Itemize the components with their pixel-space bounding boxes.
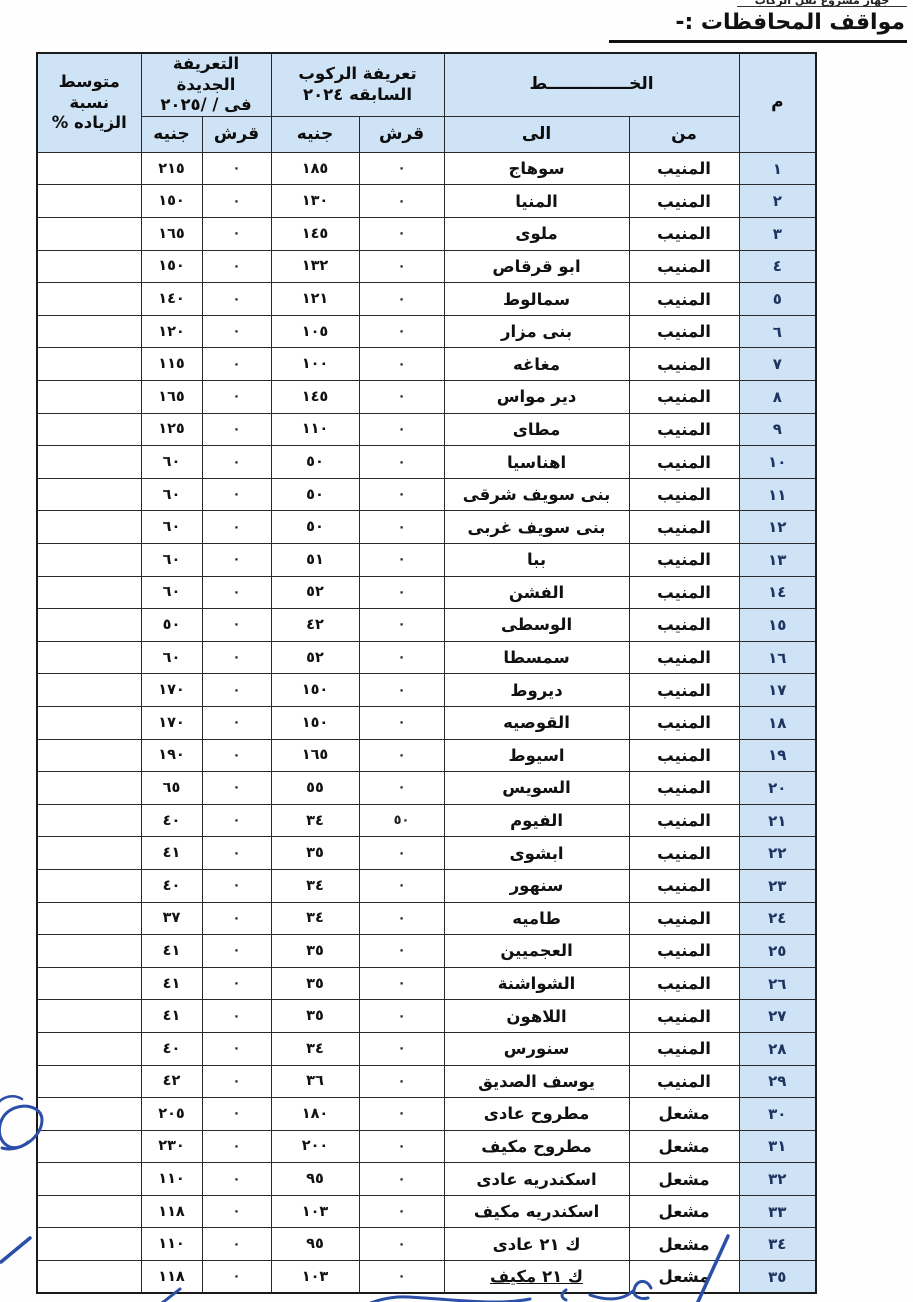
cell-increase (37, 837, 141, 870)
cell-prev-genih: ١٦٥ (271, 739, 359, 772)
cell-prev-qirsh: ٠ (359, 478, 444, 511)
cell-increase (37, 1130, 141, 1163)
cell-new-genih: ٢١٥ (141, 152, 202, 185)
cell-from: المنيب (629, 478, 739, 511)
cell-to: ديروط (444, 674, 629, 707)
cell-prev-genih: ٣٥ (271, 1000, 359, 1033)
cell-prev-genih: ١٨٠ (271, 1098, 359, 1131)
cell-from: مشعل (629, 1098, 739, 1131)
cell-new-qirsh: ٠ (202, 250, 271, 283)
cell-prev-genih: ٣٤ (271, 902, 359, 935)
cell-from: مشعل (629, 1228, 739, 1261)
header-from: من (629, 116, 739, 152)
table-row: ٨ المنيب دير مواس ٠ ١٤٥ ٠ ١٦٥ (37, 381, 816, 414)
cell-increase (37, 641, 141, 674)
cell-increase (37, 804, 141, 837)
cell-new-genih: ٤١ (141, 837, 202, 870)
cell-new-qirsh: ٠ (202, 413, 271, 446)
cell-prev-genih: ١٠٣ (271, 1261, 359, 1294)
cell-increase (37, 152, 141, 185)
cell-increase (37, 511, 141, 544)
cell-increase (37, 1195, 141, 1228)
cell-increase (37, 446, 141, 479)
cell-new-qirsh: ٠ (202, 1228, 271, 1261)
cell-increase (37, 283, 141, 316)
cell-to: ك ٢١ مكيف (444, 1261, 629, 1294)
fare-table: م الخــــــــــــــط تعريفة الركوب الساب… (36, 52, 817, 1294)
cell-new-genih: ٤٠ (141, 869, 202, 902)
cell-increase (37, 1261, 141, 1294)
cell-new-genih: ١٧٠ (141, 674, 202, 707)
cell-prev-genih: ٥٥ (271, 772, 359, 805)
cell-row-number: ٣١ (739, 1130, 816, 1163)
cell-increase (37, 902, 141, 935)
cell-from: مشعل (629, 1130, 739, 1163)
cell-new-genih: ٦٠ (141, 576, 202, 609)
table-row: ١١ المنيب بنى سويف شرقى ٠ ٥٠ ٠ ٦٠ (37, 478, 816, 511)
cell-to: سنهور (444, 869, 629, 902)
table-row: ١٣ المنيب ببا ٠ ٥١ ٠ ٦٠ (37, 544, 816, 577)
table-row: ٢٣ المنيب سنهور ٠ ٣٤ ٠ ٤٠ (37, 869, 816, 902)
table-row: ١ المنيب سوهاج ٠ ١٨٥ ٠ ٢١٥ (37, 152, 816, 185)
cell-from: المنيب (629, 706, 739, 739)
cell-from: المنيب (629, 609, 739, 642)
cell-new-qirsh: ٠ (202, 609, 271, 642)
table-row: ٧ المنيب مغاغه ٠ ١٠٠ ٠ ١١٥ (37, 348, 816, 381)
cell-row-number: ٩ (739, 413, 816, 446)
cell-increase (37, 967, 141, 1000)
table-row: ٢٧ المنيب اللاهون ٠ ٣٥ ٠ ٤١ (37, 1000, 816, 1033)
cell-to: القوصيه (444, 706, 629, 739)
table-row: ٢٠ المنيب السويس ٠ ٥٥ ٠ ٦٥ (37, 772, 816, 805)
cell-prev-genih: ١٠٠ (271, 348, 359, 381)
cell-new-qirsh: ٠ (202, 804, 271, 837)
cell-prev-qirsh: ٠ (359, 446, 444, 479)
cell-new-qirsh: ٠ (202, 837, 271, 870)
table-row: ١٩ المنيب اسيوط ٠ ١٦٥ ٠ ١٩٠ (37, 739, 816, 772)
table-row: ٢٥ المنيب العجميين ٠ ٣٥ ٠ ٤١ (37, 935, 816, 968)
cell-to: سوهاج (444, 152, 629, 185)
cell-row-number: ٢٢ (739, 837, 816, 870)
cell-prev-genih: ٣٤ (271, 1032, 359, 1065)
cell-prev-qirsh: ٥٠ (359, 804, 444, 837)
cell-from: المنيب (629, 935, 739, 968)
cell-new-qirsh: ٠ (202, 348, 271, 381)
cell-from: المنيب (629, 674, 739, 707)
cell-prev-qirsh: ٠ (359, 315, 444, 348)
cell-from: المنيب (629, 218, 739, 251)
cell-from: المنيب (629, 511, 739, 544)
table-row: ٦ المنيب بنى مزار ٠ ١٠٥ ٠ ١٢٠ (37, 315, 816, 348)
cell-from: المنيب (629, 902, 739, 935)
cell-row-number: ٣٠ (739, 1098, 816, 1131)
cell-prev-genih: ٤٢ (271, 609, 359, 642)
cell-prev-qirsh: ٠ (359, 609, 444, 642)
cell-new-genih: ١٦٥ (141, 381, 202, 414)
cell-to: ببا (444, 544, 629, 577)
cell-new-qirsh: ٠ (202, 218, 271, 251)
header-prev-tariff-line2: السابقه ٢٠٢٤ (272, 85, 444, 106)
table-row: ١٧ المنيب ديروط ٠ ١٥٠ ٠ ١٧٠ (37, 674, 816, 707)
cell-new-qirsh: ٠ (202, 544, 271, 577)
cell-prev-genih: ٥١ (271, 544, 359, 577)
table-row: ٣١ مشعل مطروح مكيف ٠ ٢٠٠ ٠ ٢٣٠ (37, 1130, 816, 1163)
cell-to: اهناسيا (444, 446, 629, 479)
cell-to: اسكندريه مكيف (444, 1195, 629, 1228)
cell-new-genih: ٦٠ (141, 544, 202, 577)
ink-left-loop-tail (0, 1096, 22, 1103)
cell-new-qirsh: ٠ (202, 706, 271, 739)
cell-row-number: ٤ (739, 250, 816, 283)
cell-from: المنيب (629, 804, 739, 837)
cell-prev-genih: ٣٤ (271, 869, 359, 902)
cell-row-number: ١٨ (739, 706, 816, 739)
cell-increase (37, 935, 141, 968)
table-header: م الخــــــــــــــط تعريفة الركوب الساب… (37, 53, 816, 152)
table-row: ٢٢ المنيب ابشوى ٠ ٣٥ ٠ ٤١ (37, 837, 816, 870)
cell-from: المنيب (629, 739, 739, 772)
cell-row-number: ٥ (739, 283, 816, 316)
ink-signature-4 (368, 1297, 530, 1302)
cell-prev-qirsh: ٠ (359, 511, 444, 544)
cell-prev-qirsh: ٠ (359, 544, 444, 577)
cell-new-genih: ١٤٠ (141, 283, 202, 316)
table-row: ٩ المنيب مطاى ٠ ١١٠ ٠ ١٢٥ (37, 413, 816, 446)
cell-increase (37, 1228, 141, 1261)
cell-from: المنيب (629, 1032, 739, 1065)
table-row: ١٦ المنيب سمسطا ٠ ٥٢ ٠ ٦٠ (37, 641, 816, 674)
cell-new-qirsh: ٠ (202, 1065, 271, 1098)
table-row: ٣٤ مشعل ك ٢١ عادى ٠ ٩٥ ٠ ١١٠ (37, 1228, 816, 1261)
cell-from: المنيب (629, 772, 739, 805)
table-row: ٢٨ المنيب سنورس ٠ ٣٤ ٠ ٤٠ (37, 1032, 816, 1065)
cell-to: يوسف الصديق (444, 1065, 629, 1098)
cell-prev-genih: ١١٠ (271, 413, 359, 446)
cell-to: اسيوط (444, 739, 629, 772)
header-to: الى (444, 116, 629, 152)
cell-prev-qirsh: ٠ (359, 1195, 444, 1228)
cell-row-number: ١٤ (739, 576, 816, 609)
cell-prev-qirsh: ٠ (359, 218, 444, 251)
cell-increase (37, 315, 141, 348)
cell-row-number: ٢١ (739, 804, 816, 837)
header-new-qirsh: قرش (202, 116, 271, 152)
cell-from: المنيب (629, 446, 739, 479)
cell-prev-qirsh: ٠ (359, 739, 444, 772)
cell-increase (37, 1098, 141, 1131)
cell-increase (37, 1065, 141, 1098)
header-new-tariff-line2: فى / /٢٠٢٥ (142, 95, 271, 116)
table-row: ١٤ المنيب الفشن ٠ ٥٢ ٠ ٦٠ (37, 576, 816, 609)
cell-prev-qirsh: ٠ (359, 152, 444, 185)
cell-new-genih: ٤١ (141, 935, 202, 968)
cell-prev-qirsh: ٠ (359, 869, 444, 902)
cell-prev-qirsh: ٠ (359, 902, 444, 935)
cell-prev-qirsh: ٠ (359, 641, 444, 674)
cell-prev-genih: ٣٦ (271, 1065, 359, 1098)
cell-row-number: ٣٥ (739, 1261, 816, 1294)
cell-new-qirsh: ٠ (202, 283, 271, 316)
scanned-document-page: جهاز مشروع نقل الركاب مواقف المحافظات :-… (0, 0, 913, 1302)
cell-row-number: ١ (739, 152, 816, 185)
cell-from: مشعل (629, 1163, 739, 1196)
cell-prev-genih: ١٤٥ (271, 218, 359, 251)
cell-new-genih: ٣٧ (141, 902, 202, 935)
cell-to: سنورس (444, 1032, 629, 1065)
header-prev-tariff: تعريفة الركوب السابقه ٢٠٢٤ (271, 53, 444, 116)
table-row: ٣٢ مشعل اسكندريه عادى ٠ ٩٥ ٠ ١١٠ (37, 1163, 816, 1196)
table-row: ٣٠ مشعل مطروح عادى ٠ ١٨٠ ٠ ٢٠٥ (37, 1098, 816, 1131)
header-new-tariff-line1: التعريفة الجديدة (142, 54, 271, 95)
cell-prev-genih: ١٢١ (271, 283, 359, 316)
cell-prev-qirsh: ٠ (359, 935, 444, 968)
table-row: ٣٥ مشعل ك ٢١ مكيف ٠ ١٠٣ ٠ ١١٨ (37, 1261, 816, 1294)
cell-to: الفيوم (444, 804, 629, 837)
cell-new-qirsh: ٠ (202, 869, 271, 902)
cell-prev-qirsh: ٠ (359, 674, 444, 707)
cell-to: طاميه (444, 902, 629, 935)
cell-row-number: ١٦ (739, 641, 816, 674)
table-row: ١٨ المنيب القوصيه ٠ ١٥٠ ٠ ١٧٠ (37, 706, 816, 739)
cell-new-genih: ٤١ (141, 1000, 202, 1033)
cell-to: العجميين (444, 935, 629, 968)
cell-new-qirsh: ٠ (202, 967, 271, 1000)
cell-prev-qirsh: ٠ (359, 1130, 444, 1163)
cell-new-qirsh: ٠ (202, 902, 271, 935)
cell-prev-genih: ٢٠٠ (271, 1130, 359, 1163)
cell-new-genih: ١٦٥ (141, 218, 202, 251)
cell-prev-qirsh: ٠ (359, 772, 444, 805)
cell-row-number: ٢٦ (739, 967, 816, 1000)
cell-prev-genih: ١٨٥ (271, 152, 359, 185)
cell-new-genih: ١١٥ (141, 348, 202, 381)
cell-increase (37, 348, 141, 381)
cell-new-genih: ١٧٠ (141, 706, 202, 739)
cell-row-number: ١٧ (739, 674, 816, 707)
cell-to: مطروح مكيف (444, 1130, 629, 1163)
cell-new-genih: ١٥٠ (141, 185, 202, 218)
cell-prev-qirsh: ٠ (359, 185, 444, 218)
cell-to: اسكندريه عادى (444, 1163, 629, 1196)
cell-prev-qirsh: ٠ (359, 706, 444, 739)
cell-new-qirsh: ٠ (202, 576, 271, 609)
cell-new-qirsh: ٠ (202, 381, 271, 414)
cell-prev-genih: ٥٢ (271, 641, 359, 674)
cell-prev-genih: ١٠٣ (271, 1195, 359, 1228)
cell-to: ابو قرقاص (444, 250, 629, 283)
cell-prev-genih: ٥٠ (271, 446, 359, 479)
cell-new-genih: ١١٠ (141, 1228, 202, 1261)
cell-to: السويس (444, 772, 629, 805)
cell-prev-qirsh: ٠ (359, 381, 444, 414)
cell-new-qirsh: ٠ (202, 935, 271, 968)
cell-row-number: ١٥ (739, 609, 816, 642)
header-prev-genih: جنيه (271, 116, 359, 152)
cell-from: المنيب (629, 1000, 739, 1033)
cell-new-genih: ١٥٠ (141, 250, 202, 283)
cell-new-qirsh: ٠ (202, 446, 271, 479)
ink-left-slash (1, 1238, 30, 1262)
cell-new-qirsh: ٠ (202, 1032, 271, 1065)
header-prev-qirsh: قرش (359, 116, 444, 152)
cell-row-number: ١٢ (739, 511, 816, 544)
cell-prev-genih: ١٤٥ (271, 381, 359, 414)
cell-new-genih: ٤١ (141, 967, 202, 1000)
cell-prev-genih: ٣٥ (271, 837, 359, 870)
cell-new-qirsh: ٠ (202, 1098, 271, 1131)
cell-prev-qirsh: ٠ (359, 1032, 444, 1065)
cell-increase (37, 381, 141, 414)
cell-from: المنيب (629, 381, 739, 414)
cell-prev-qirsh: ٠ (359, 348, 444, 381)
cell-increase (37, 1163, 141, 1196)
cell-to: الوسطى (444, 609, 629, 642)
cell-row-number: ٢٧ (739, 1000, 816, 1033)
top-clipped-header-text: جهاز مشروع نقل الركاب (737, 0, 907, 7)
cell-increase (37, 1000, 141, 1033)
cell-prev-genih: ١٥٠ (271, 706, 359, 739)
cell-to: مطاى (444, 413, 629, 446)
cell-to: سمسطا (444, 641, 629, 674)
cell-new-qirsh: ٠ (202, 511, 271, 544)
cell-increase (37, 218, 141, 251)
cell-new-genih: ٢٠٥ (141, 1098, 202, 1131)
cell-to: مغاغه (444, 348, 629, 381)
table-row: ٢٦ المنيب الشواشنة ٠ ٣٥ ٠ ٤١ (37, 967, 816, 1000)
cell-new-genih: ٦٠ (141, 511, 202, 544)
table-row: ٢٤ المنيب طاميه ٠ ٣٤ ٠ ٣٧ (37, 902, 816, 935)
cell-row-number: ٣٢ (739, 1163, 816, 1196)
cell-new-qirsh: ٠ (202, 185, 271, 218)
cell-increase (37, 576, 141, 609)
cell-from: المنيب (629, 413, 739, 446)
table-row: ١٢ المنيب بنى سويف غربى ٠ ٥٠ ٠ ٦٠ (37, 511, 816, 544)
cell-new-genih: ١١٠ (141, 1163, 202, 1196)
cell-from: المنيب (629, 869, 739, 902)
header-line: الخــــــــــــــط (444, 53, 739, 116)
cell-prev-qirsh: ٠ (359, 250, 444, 283)
cell-prev-qirsh: ٠ (359, 283, 444, 316)
cell-prev-qirsh: ٠ (359, 413, 444, 446)
cell-row-number: ٧ (739, 348, 816, 381)
cell-prev-qirsh: ٠ (359, 1000, 444, 1033)
cell-from: المنيب (629, 283, 739, 316)
cell-row-number: ٣ (739, 218, 816, 251)
cell-new-genih: ٤٢ (141, 1065, 202, 1098)
cell-to: دير مواس (444, 381, 629, 414)
cell-new-genih: ٦٠ (141, 641, 202, 674)
table-row: ١٠ المنيب اهناسيا ٠ ٥٠ ٠ ٦٠ (37, 446, 816, 479)
cell-new-genih: ٦٥ (141, 772, 202, 805)
cell-prev-genih: ٩٥ (271, 1228, 359, 1261)
cell-from: المنيب (629, 185, 739, 218)
cell-from: المنيب (629, 576, 739, 609)
cell-from: مشعل (629, 1261, 739, 1294)
cell-new-qirsh: ٠ (202, 1261, 271, 1294)
cell-new-qirsh: ٠ (202, 1000, 271, 1033)
table-row: ٥ المنيب سمالوط ٠ ١٢١ ٠ ١٤٠ (37, 283, 816, 316)
cell-to: ك ٢١ عادى (444, 1228, 629, 1261)
cell-new-qirsh: ٠ (202, 772, 271, 805)
cell-from: المنيب (629, 1065, 739, 1098)
table-row: ٢١ المنيب الفيوم ٥٠ ٣٤ ٠ ٤٠ (37, 804, 816, 837)
cell-row-number: ٦ (739, 315, 816, 348)
cell-new-genih: ٦٠ (141, 446, 202, 479)
cell-row-number: ٨ (739, 381, 816, 414)
header-new-genih: جنيه (141, 116, 202, 152)
cell-prev-qirsh: ٠ (359, 1228, 444, 1261)
cell-new-genih: ٤٠ (141, 1032, 202, 1065)
header-increase-line1: متوسط نسبة (38, 72, 141, 113)
cell-from: المنيب (629, 641, 739, 674)
cell-prev-genih: ١٥٠ (271, 674, 359, 707)
table-row: ٤ المنيب ابو قرقاص ٠ ١٣٢ ٠ ١٥٠ (37, 250, 816, 283)
cell-prev-genih: ٥٠ (271, 511, 359, 544)
cell-row-number: ٣٣ (739, 1195, 816, 1228)
cell-to: بنى سويف غربى (444, 511, 629, 544)
table-body: ١ المنيب سوهاج ٠ ١٨٥ ٠ ٢١٥ ٢ المنيب المن… (37, 152, 816, 1293)
cell-increase (37, 185, 141, 218)
cell-prev-genih: ١٠٥ (271, 315, 359, 348)
cell-row-number: ١١ (739, 478, 816, 511)
cell-from: المنيب (629, 152, 739, 185)
cell-new-qirsh: ٠ (202, 152, 271, 185)
cell-prev-genih: ١٣٢ (271, 250, 359, 283)
cell-from: المنيب (629, 315, 739, 348)
cell-prev-genih: ٥٠ (271, 478, 359, 511)
page-title: مواقف المحافظات :- (609, 10, 907, 43)
cell-new-qirsh: ٠ (202, 315, 271, 348)
cell-increase (37, 772, 141, 805)
cell-increase (37, 250, 141, 283)
cell-prev-qirsh: ٠ (359, 837, 444, 870)
cell-new-qirsh: ٠ (202, 739, 271, 772)
cell-new-qirsh: ٠ (202, 1130, 271, 1163)
cell-to: بنى مزار (444, 315, 629, 348)
cell-to: ملوى (444, 218, 629, 251)
cell-to: بنى سويف شرقى (444, 478, 629, 511)
cell-new-qirsh: ٠ (202, 641, 271, 674)
cell-new-genih: ٢٣٠ (141, 1130, 202, 1163)
cell-increase (37, 739, 141, 772)
cell-row-number: ٣٤ (739, 1228, 816, 1261)
cell-new-genih: ٦٠ (141, 478, 202, 511)
header-new-tariff: التعريفة الجديدة فى / /٢٠٢٥ (141, 53, 271, 116)
cell-prev-genih: ١٣٠ (271, 185, 359, 218)
cell-new-genih: ٥٠ (141, 609, 202, 642)
cell-increase (37, 609, 141, 642)
cell-from: المنيب (629, 544, 739, 577)
table-row: ٢ المنيب المنيا ٠ ١٣٠ ٠ ١٥٠ (37, 185, 816, 218)
cell-to: ابشوى (444, 837, 629, 870)
cell-from: المنيب (629, 348, 739, 381)
cell-prev-qirsh: ٠ (359, 1098, 444, 1131)
cell-to: سمالوط (444, 283, 629, 316)
cell-row-number: ٢ (739, 185, 816, 218)
cell-to: مطروح عادى (444, 1098, 629, 1131)
cell-increase (37, 544, 141, 577)
cell-increase (37, 413, 141, 446)
cell-prev-genih: ٣٥ (271, 967, 359, 1000)
table-row: ٢٩ المنيب يوسف الصديق ٠ ٣٦ ٠ ٤٢ (37, 1065, 816, 1098)
cell-prev-qirsh: ٠ (359, 1065, 444, 1098)
cell-row-number: ١٣ (739, 544, 816, 577)
cell-row-number: ٢٩ (739, 1065, 816, 1098)
cell-from: مشعل (629, 1195, 739, 1228)
cell-prev-genih: ٣٤ (271, 804, 359, 837)
cell-new-genih: ٤٠ (141, 804, 202, 837)
cell-increase (37, 706, 141, 739)
